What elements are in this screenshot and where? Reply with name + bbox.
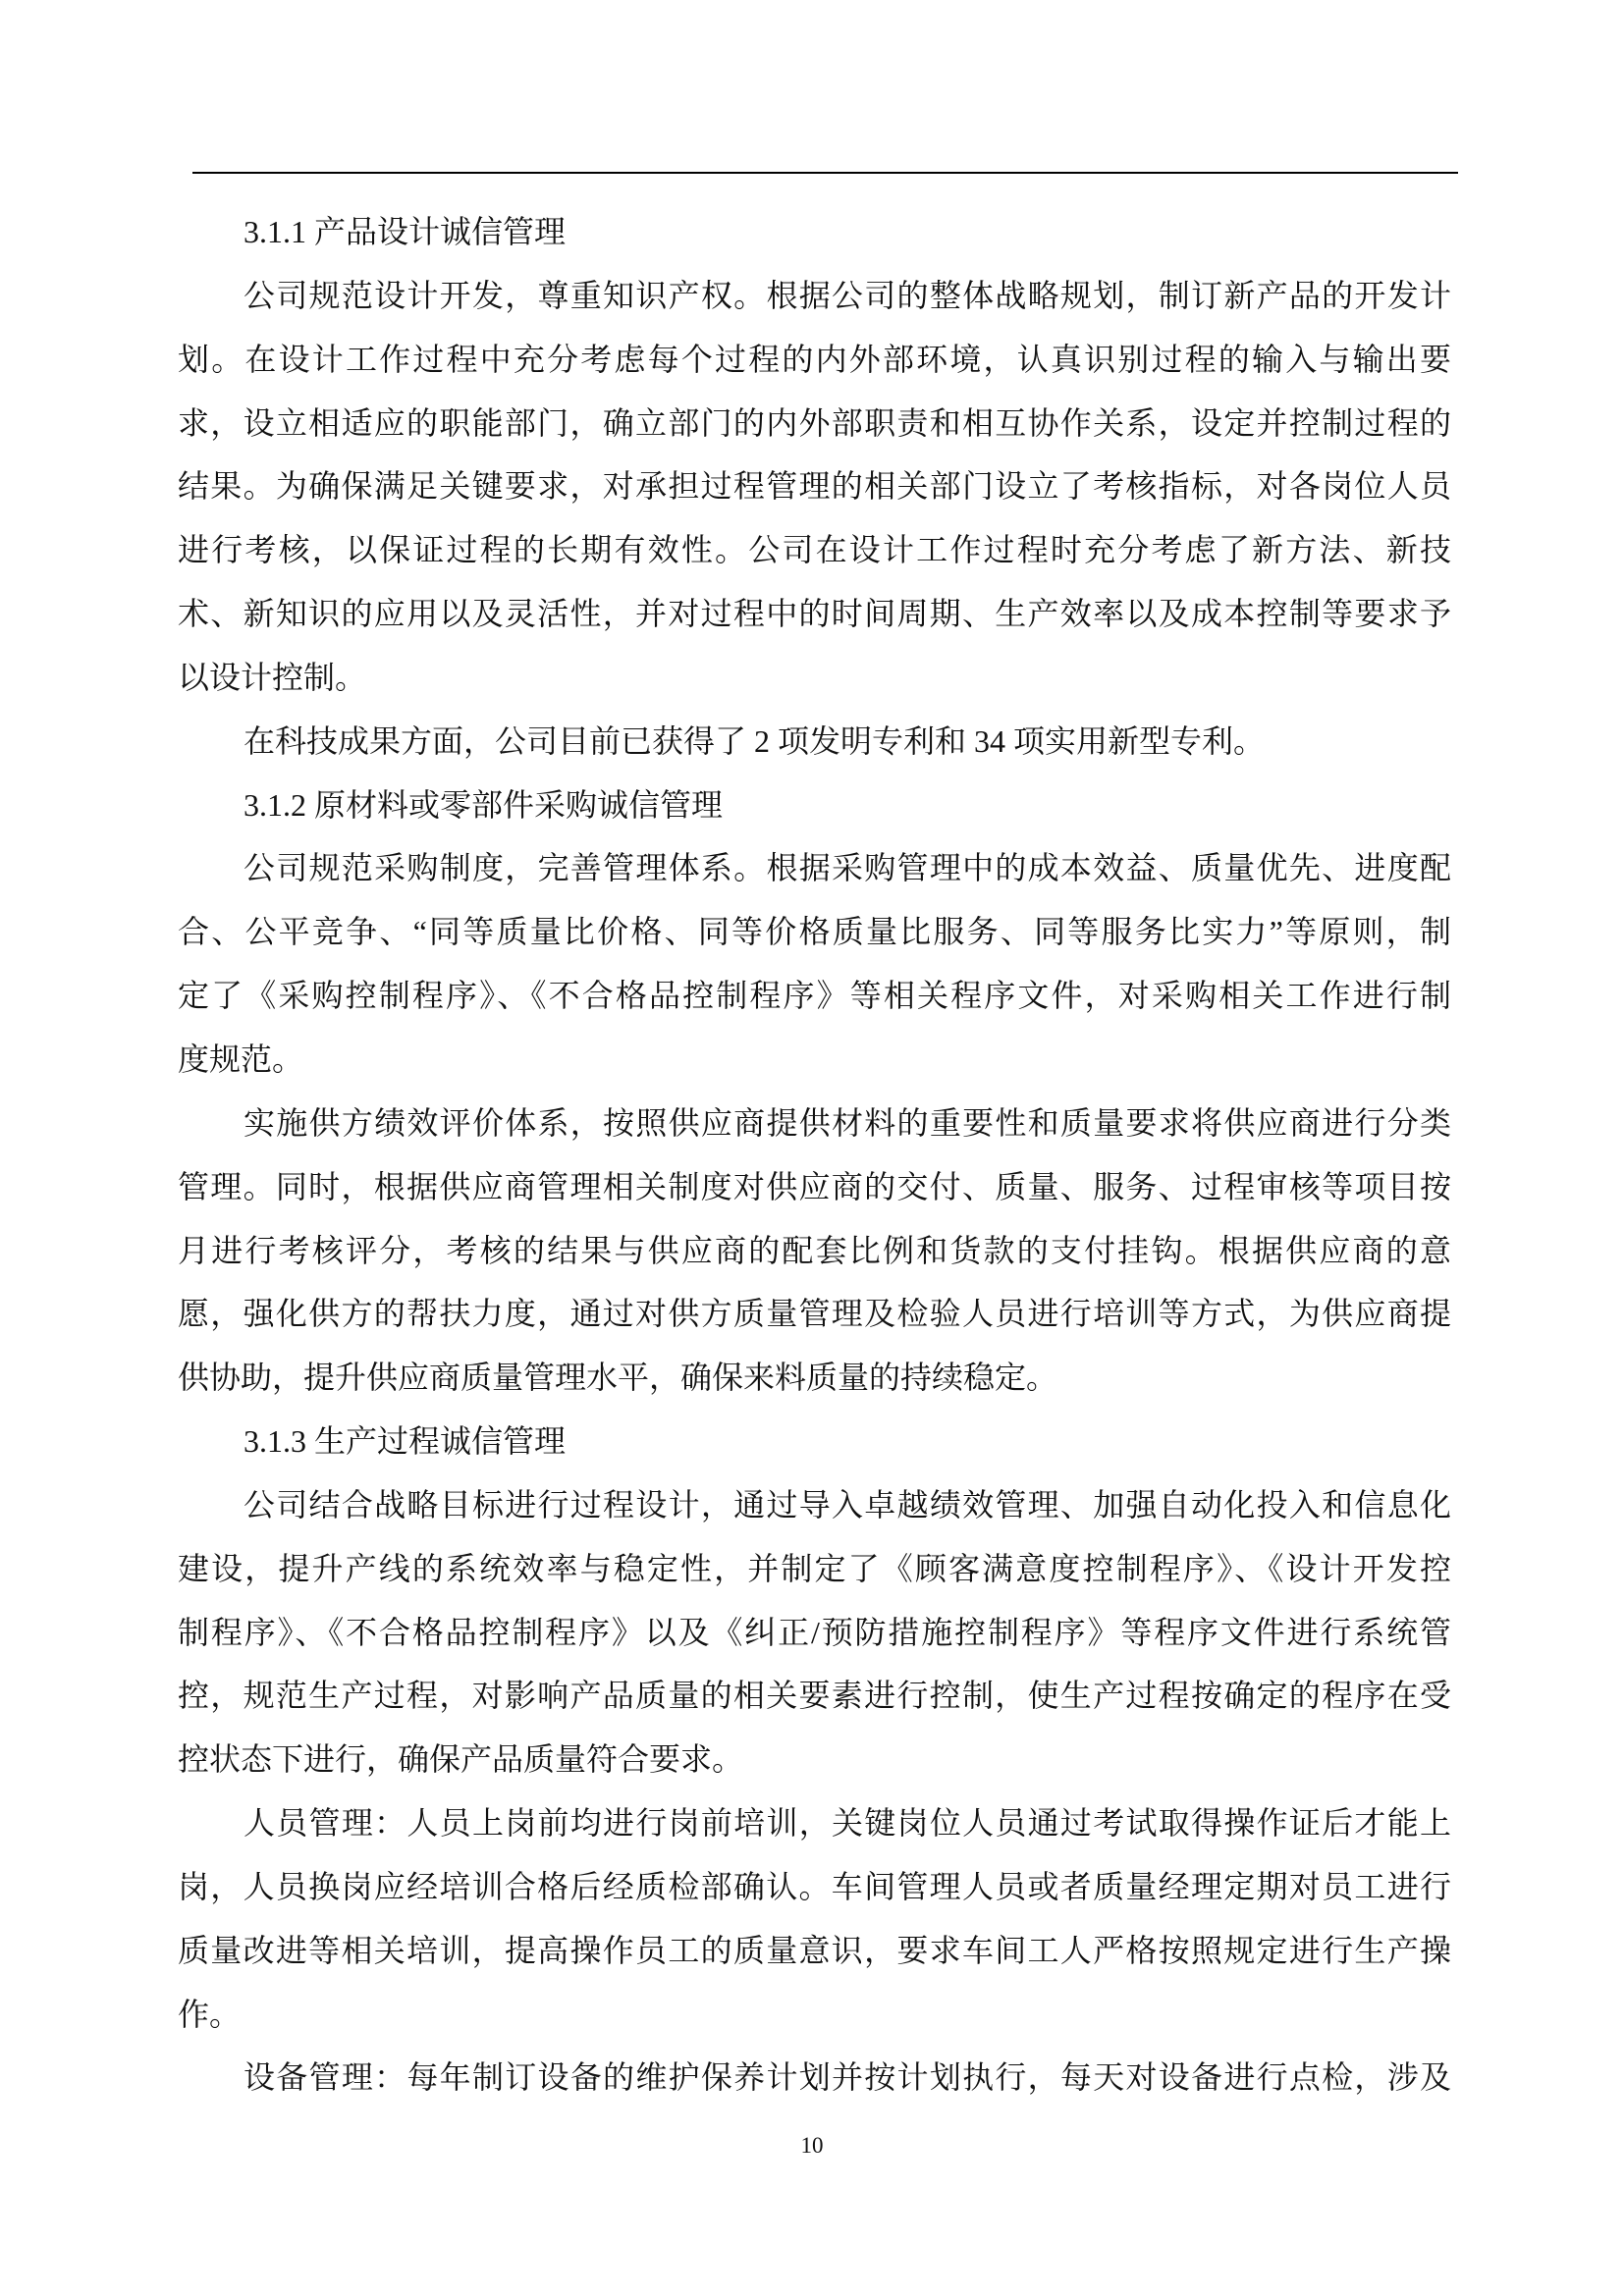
document-body: 3.1.1 产品设计诚信管理公司规范设计开发，尊重知识产权。根据公司的整体战略规… <box>178 200 1451 2109</box>
paragraph-line: 进行考核，以保证过程的长期有效性。公司在设计工作过程时充分考虑了新方法、新技 <box>178 518 1451 582</box>
paragraph-line: 管理。同时，根据供应商管理相关制度对供应商的交付、质量、服务、过程审核等项目按 <box>178 1155 1451 1219</box>
paragraph-line: 质量改进等相关培训，提高操作员工的质量意识，要求车间工人严格按照规定进行生产操 <box>178 1919 1451 1983</box>
section-heading: 3.1.1 产品设计诚信管理 <box>178 200 1451 264</box>
paragraph-line: 术、新知识的应用以及灵活性，并对过程中的时间周期、生产效率以及成本控制等要求予 <box>178 582 1451 646</box>
paragraph-line: 设备管理：每年制订设备的维护保养计划并按计划执行，每天对设备进行点检，涉及 <box>178 2046 1451 2109</box>
header-rule <box>192 172 1458 174</box>
page-number: 10 <box>0 2132 1624 2160</box>
paragraph-line: 公司规范采购制度，完善管理体系。根据采购管理中的成本效益、质量优先、进度配 <box>178 836 1451 900</box>
paragraph-line: 人员管理：人员上岗前均进行岗前培训，关键岗位人员通过考试取得操作证后才能上 <box>178 1791 1451 1855</box>
section-heading: 3.1.3 生产过程诚信管理 <box>178 1410 1451 1473</box>
paragraph-line: 月进行考核评分，考核的结果与供应商的配套比例和货款的支付挂钩。根据供应商的意 <box>178 1219 1451 1283</box>
paragraph-line: 建设，提升产线的系统效率与稳定性，并制定了《顾客满意度控制程序》、《设计开发控 <box>178 1537 1451 1601</box>
paragraph-line: 控，规范生产过程，对影响产品质量的相关要素进行控制，使生产过程按确定的程序在受 <box>178 1664 1451 1728</box>
paragraph-line: 定了《采购控制程序》、《不合格品控制程序》等相关程序文件，对采购相关工作进行制 <box>178 964 1451 1028</box>
paragraph-line: 以设计控制。 <box>178 646 1451 710</box>
paragraph-line: 供协助，提升供应商质量管理水平，确保来料质量的持续稳定。 <box>178 1346 1451 1410</box>
paragraph-line: 度规范。 <box>178 1028 1451 1092</box>
paragraph-line: 岗，人员换岗应经培训合格后经质检部确认。车间管理人员或者质量经理定期对员工进行 <box>178 1855 1451 1919</box>
paragraph-line: 愿，强化供方的帮扶力度，通过对供方质量管理及检验人员进行培训等方式，为供应商提 <box>178 1282 1451 1346</box>
paragraph-line: 划。在设计工作过程中充分考虑每个过程的内外部环境，认真识别过程的输入与输出要 <box>178 328 1451 392</box>
paragraph-line: 在科技成果方面，公司目前已获得了 2 项发明专利和 34 项实用新型专利。 <box>178 710 1451 774</box>
paragraph-line: 求，设立相适应的职能部门，确立部门的内外部职责和相互协作关系，设定并控制过程的 <box>178 392 1451 455</box>
paragraph-line: 公司规范设计开发，尊重知识产权。根据公司的整体战略规划，制订新产品的开发计 <box>178 264 1451 328</box>
paragraph-line: 制程序》、《不合格品控制程序》以及《纠正/预防措施控制程序》等程序文件进行系统管 <box>178 1601 1451 1665</box>
paragraph-line: 结果。为确保满足关键要求，对承担过程管理的相关部门设立了考核指标，对各岗位人员 <box>178 454 1451 518</box>
paragraph-line: 作。 <box>178 1983 1451 2047</box>
paragraph-line: 实施供方绩效评价体系，按照供应商提供材料的重要性和质量要求将供应商进行分类 <box>178 1092 1451 1155</box>
paragraph-line: 合、公平竞争、“同等质量比价格、同等价格质量比服务、同等服务比实力”等原则，制 <box>178 900 1451 964</box>
paragraph-line: 控状态下进行，确保产品质量符合要求。 <box>178 1728 1451 1791</box>
section-heading: 3.1.2 原材料或零部件采购诚信管理 <box>178 774 1451 837</box>
paragraph-line: 公司结合战略目标进行过程设计，通过导入卓越绩效管理、加强自动化投入和信息化 <box>178 1473 1451 1537</box>
